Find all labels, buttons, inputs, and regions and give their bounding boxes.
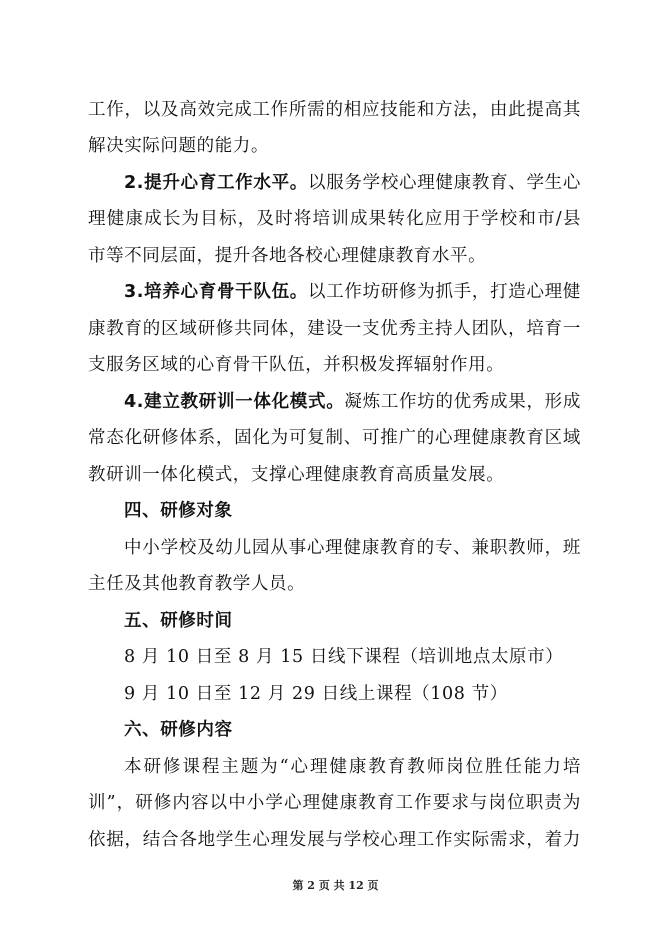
objective-title: 3.培养心育骨干队伍。 xyxy=(124,282,308,302)
paragraph-line: 解决实际问题的能力。 xyxy=(88,131,581,161)
page-number: 第 2 页 共 12 页 xyxy=(0,877,671,893)
schedule-offline: 8 月 10 日至 8 月 15 日线下课程（培训地点太原市） xyxy=(124,642,581,672)
paragraph-line: 训”，研修内容以中小学心理健康教育工作要求与岗位职责为 xyxy=(88,788,581,818)
objective-text: 以服务学校心理健康教育、学生心 xyxy=(308,173,581,193)
objective-item-3: 3.培养心育骨干队伍。以工作坊研修为抓手，打造心理健 xyxy=(124,277,581,307)
objective-item-2: 2.提升心育工作水平。以服务学校心理健康教育、学生心 xyxy=(124,168,581,198)
paragraph-line: 中小学校及幼儿园从事心理健康教育的专、兼职教师，班 xyxy=(124,533,581,563)
paragraph-line: 依据，结合各地学生心理发展与学校心理工作实际需求，着力 xyxy=(88,825,581,855)
paragraph-line: 主任及其他教育教学人员。 xyxy=(88,569,581,599)
objective-title: 4.建立教研训一体化模式。 xyxy=(124,392,344,412)
paragraph-line: 康教育的区域研修共同体，建设一支优秀主持人团队，培育一 xyxy=(88,314,581,344)
document-page: 工作，以及高效完成工作所需的相应技能和方法，由此提高其 解决实际问题的能力。 2… xyxy=(0,0,671,949)
objective-item-4: 4.建立教研训一体化模式。凝炼工作坊的优秀成果，形成 xyxy=(124,387,581,417)
paragraph-line: 本研修课程主题为“心理健康教育教师岗位胜任能力培 xyxy=(124,752,581,782)
section-heading-content: 六、研修内容 xyxy=(124,715,581,745)
paragraph-line: 市等不同层面，提升各地各校心理健康教育水平。 xyxy=(88,241,581,271)
section-heading-schedule: 五、研修时间 xyxy=(124,606,581,636)
paragraph-line: 支服务区域的心育骨干队伍，并积极发挥辐射作用。 xyxy=(88,350,581,380)
objective-text: 以工作坊研修为抓手，打造心理健 xyxy=(308,282,581,302)
paragraph-line: 理健康成长为目标，及时将培训成果转化应用于学校和市/县 xyxy=(88,204,581,234)
section-heading-participants: 四、研修对象 xyxy=(124,496,581,526)
paragraph-line: 常态化研修体系，固化为可复制、可推广的心理健康教育区域 xyxy=(88,423,581,453)
paragraph-line: 工作，以及高效完成工作所需的相应技能和方法，由此提高其 xyxy=(88,95,581,125)
paragraph-line: 教研训一体化模式，支撑心理健康教育高质量发展。 xyxy=(88,460,581,490)
objective-title: 2.提升心育工作水平。 xyxy=(124,173,308,193)
schedule-online: 9 月 10 日至 12 月 29 日线上课程（108 节） xyxy=(124,679,581,709)
objective-text: 凝炼工作坊的优秀成果，形成 xyxy=(344,392,581,412)
